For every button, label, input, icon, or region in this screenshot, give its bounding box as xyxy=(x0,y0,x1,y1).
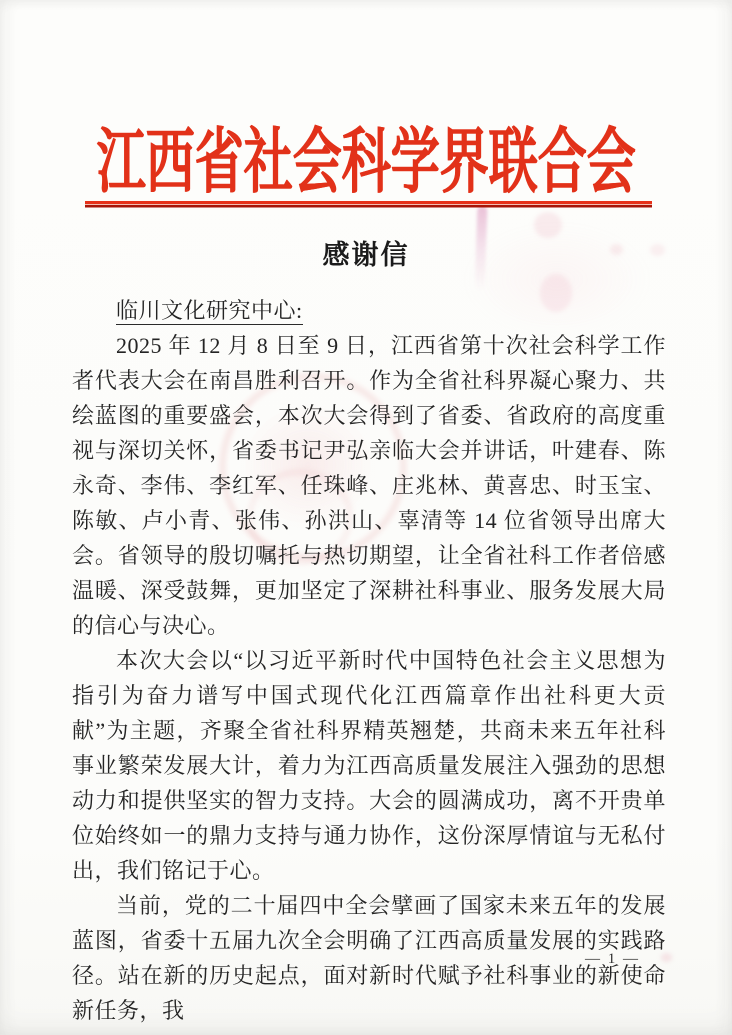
letterhead: 江西省社会科学界联合会 xyxy=(0,106,732,176)
body-paragraph-1: 2025 年 12 月 8 日至 9 日，江西省第十次社会科学工作者代表大会在南… xyxy=(72,328,666,643)
letter-body: 临川文化研究中心: 2025 年 12 月 8 日至 9 日，江西省第十次社会科… xyxy=(72,293,666,1028)
letterhead-rule xyxy=(85,201,652,208)
page-number: — 1 — xyxy=(585,951,640,968)
body-paragraph-3: 当前，党的二十届四中全会擘画了国家未来五年的发展蓝图，省委十五届九次全会明确了江… xyxy=(72,888,666,1028)
document-title: 感谢信 xyxy=(0,233,732,272)
salutation-line: 临川文化研究中心: xyxy=(72,293,666,328)
letterhead-title: 江西省社会科学界联合会 xyxy=(96,106,635,208)
document-page: 江西省社会科学界联合会 感谢信 临川文化研究中心: 2025 年 12 月 8 … xyxy=(0,0,732,1035)
body-paragraph-2: 本次大会以“以习近平新时代中国特色社会主义思想为指引为奋力谱写中国式现代化江西篇… xyxy=(72,643,666,888)
recipient-name: 临川文化研究中心: xyxy=(116,298,303,325)
